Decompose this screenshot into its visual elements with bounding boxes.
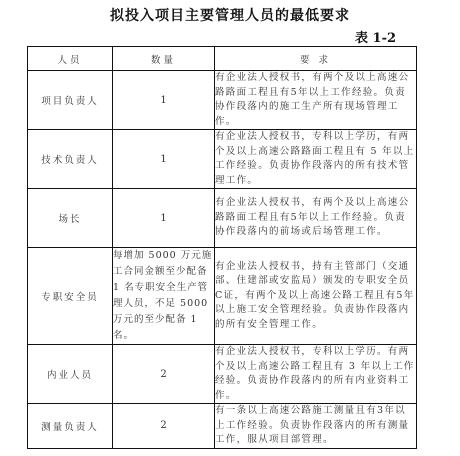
cell-requirement: 有企业法人授权书，专科以上学历。有两个及以上高速公路工程且有 3 年以上工作经验… xyxy=(215,345,417,404)
cell-requirement: 有企业法人授权书，专科以上学历，有两个及以上高速公路路面工程且有 5 年以上工作… xyxy=(215,130,417,189)
cell-role: 项目负责人 xyxy=(28,71,113,130)
personnel-requirements-table: 人员 数量 要 求 项目负责人 1 有企业法人授权书，有两个及以上高速公路路面工… xyxy=(27,46,417,449)
table-row: 测量负责人 2 有一条以上高速公路施工测量且有3年以上工作经验。负责协作段落内的… xyxy=(28,404,417,449)
table-row: 项目负责人 1 有企业法人授权书，有两个及以上高速公路路面工程且有5年以上工作经… xyxy=(28,71,417,130)
header-quantity: 数量 xyxy=(113,47,215,71)
cell-requirement: 有一条以上高速公路施工测量且有3年以上工作经验。负责协作段落内的所有测量工作，服… xyxy=(215,404,417,449)
cell-role: 内业人员 xyxy=(28,345,113,404)
header-requirement: 要 求 xyxy=(215,47,417,71)
table-row: 技术负责人 1 有企业法人授权书，专科以上学历，有两个及以上高速公路路面工程且有… xyxy=(28,130,417,189)
document-title: 拟投入项目主要管理人员的最低要求 xyxy=(0,5,460,25)
table-header-row: 人员 数量 要 求 xyxy=(28,47,417,71)
cell-requirement: 有企业法人授权书，持有主管部门（交通部、住建部或安监局）颁发的专职安全员C证，有… xyxy=(215,248,417,345)
cell-quantity: 1 xyxy=(113,130,215,189)
cell-requirement: 有企业法人授权书，有两个及以上高速公路路面工程且有5年以上工作经验。负责协作段落… xyxy=(215,71,417,130)
table-row: 内业人员 2 有企业法人授权书，专科以上学历。有两个及以上高速公路工程且有 3 … xyxy=(28,345,417,404)
cell-role: 技术负责人 xyxy=(28,130,113,189)
cell-role: 测量负责人 xyxy=(28,404,113,449)
cell-role: 专职安全员 xyxy=(28,248,113,345)
cell-quantity: 1 xyxy=(113,71,215,130)
header-role: 人员 xyxy=(28,47,113,71)
cell-quantity: 每增加 5000 万元施工合同金额至少配备 1 名专职安全生产管理人员，不足 5… xyxy=(113,248,215,345)
cell-quantity: 2 xyxy=(113,404,215,449)
cell-requirement: 有企业法人授权书，有两个及以上高速公路路面工程且有5年以上工作经验。负责协作段落… xyxy=(215,189,417,248)
table-number-label: 表 1-2 xyxy=(355,27,396,46)
cell-quantity: 1 xyxy=(113,189,215,248)
table-row: 场长 1 有企业法人授权书，有两个及以上高速公路路面工程且有5年以上工作经验。负… xyxy=(28,189,417,248)
table-row: 专职安全员 每增加 5000 万元施工合同金额至少配备 1 名专职安全生产管理人… xyxy=(28,248,417,345)
cell-role: 场长 xyxy=(28,189,113,248)
cell-quantity: 2 xyxy=(113,345,215,404)
